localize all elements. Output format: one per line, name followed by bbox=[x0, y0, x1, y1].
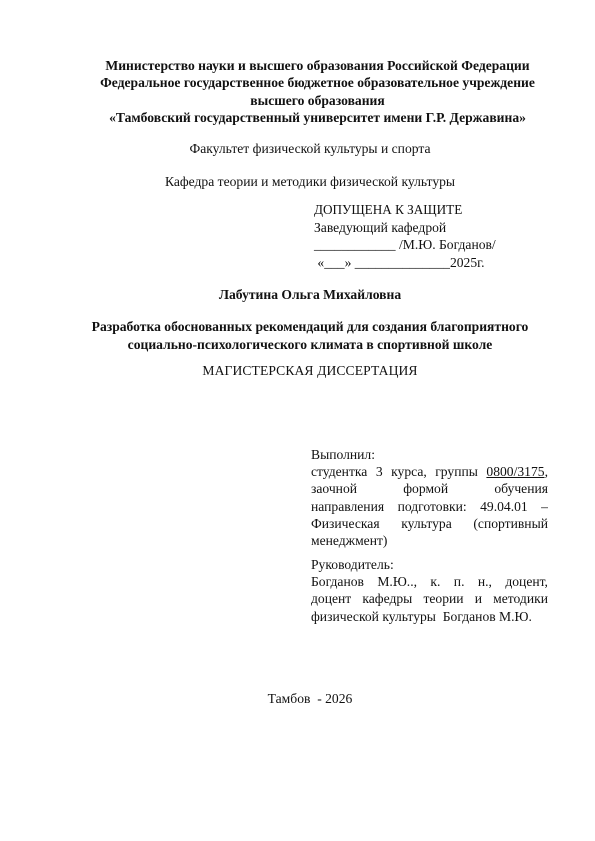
group-number: 0800/3175, bbox=[486, 463, 548, 480]
performer-label: Выполнил: bbox=[311, 446, 548, 463]
institution-type-line: Федеральное государственное бюджетное об… bbox=[80, 74, 555, 91]
thesis-title: Разработка обоснованных рекомендаций для… bbox=[70, 318, 550, 353]
performer-block: Выполнил: студентка 3 курса, группы 0800… bbox=[311, 446, 548, 549]
document-page: Министерство науки и высшего образования… bbox=[0, 0, 595, 841]
approval-status: ДОПУЩЕНА К ЗАЩИТЕ bbox=[314, 201, 554, 219]
thesis-title-line-2: социально-психологического климата в спо… bbox=[70, 336, 550, 354]
institution-header: Министерство науки и высшего образования… bbox=[80, 57, 555, 126]
approval-date-line: «___» ______________2025г. bbox=[314, 254, 554, 272]
supervisor-line-1: Богданов М.Ю.., к. п. н., доцент, bbox=[311, 573, 548, 590]
approval-block: ДОПУЩЕНА К ЗАЩИТЕ Заведующий кафедрой __… bbox=[314, 201, 554, 271]
thesis-title-line-1: Разработка обоснованных рекомендаций для… bbox=[70, 318, 550, 336]
performer-line-2: заочной формой обучения bbox=[311, 480, 548, 497]
supervisor-block: Руководитель: Богданов М.Ю.., к. п. н., … bbox=[311, 556, 548, 625]
performer-line-3: направления подготовки: 49.04.01 – bbox=[311, 498, 548, 515]
author-name: Лабутина Ольга Михайловна bbox=[60, 286, 560, 303]
performer-line-4: Физическая культура (спортивный bbox=[311, 515, 548, 532]
approval-signature-line: ____________ /М.Ю. Богданов/ bbox=[314, 236, 554, 254]
approval-role: Заведующий кафедрой bbox=[314, 219, 554, 237]
supervisor-line-3: физической культуры Богданов М.Ю. bbox=[311, 608, 548, 625]
supervisor-label: Руководитель: bbox=[311, 556, 548, 573]
city-year: Тамбов - 2026 bbox=[60, 690, 560, 707]
document-type: МАГИСТЕРСКАЯ ДИССЕРТАЦИЯ bbox=[60, 362, 560, 379]
department-name: Кафедра теории и методики физической кул… bbox=[60, 173, 560, 190]
ministry-line: Министерство науки и высшего образования… bbox=[80, 57, 555, 74]
education-level-line: высшего образования bbox=[80, 92, 555, 109]
faculty-name: Факультет физической культуры и спорта bbox=[60, 140, 560, 157]
performer-line-1: студентка 3 курса, группы 0800/3175, bbox=[311, 463, 548, 480]
supervisor-line-2: доцент кафедры теории и методики bbox=[311, 590, 548, 607]
performer-line-5: менеджмент) bbox=[311, 532, 548, 549]
university-name-line: «Тамбовский государственный университет … bbox=[80, 109, 555, 126]
